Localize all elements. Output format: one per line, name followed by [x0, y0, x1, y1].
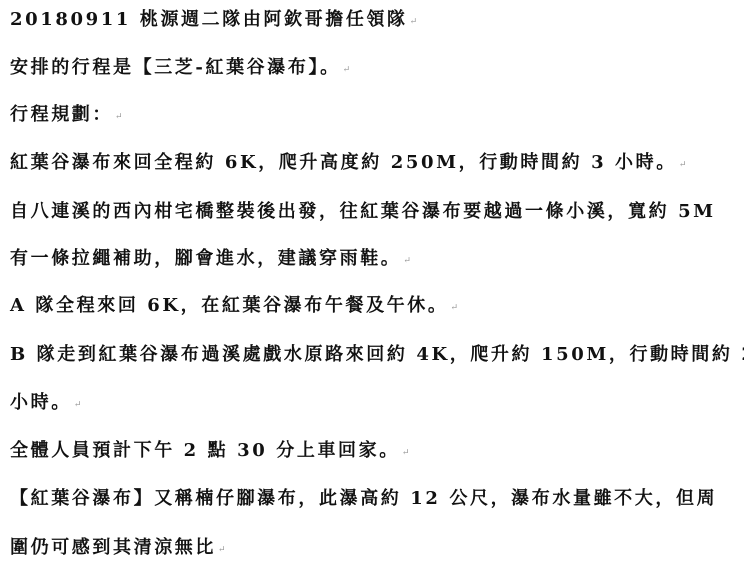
paragraph-line: 20180911 桃源週二隊由阿欽哥擔任領隊↵	[10, 8, 417, 34]
paragraph-line: 有一條拉繩補助，腳會進水，建議穿雨鞋。↵	[10, 247, 411, 273]
paragraph-line: 圍仍可感到其清涼無比↵	[10, 536, 226, 562]
paragraph-line: 安排的行程是【三芝-紅葉谷瀑布】。↵	[10, 56, 350, 82]
paragraph-mark-icon: ↵	[115, 112, 123, 122]
paragraph-mark-icon: ↵	[410, 17, 418, 27]
paragraph-line: 行程規劃：↵	[10, 103, 123, 129]
line-text: 自八連溪的西內柑宅橋整裝後出發，往紅葉谷瀑布要越過一條小溪，寬約 5M	[10, 201, 716, 222]
paragraph-line: A 隊全程來回 6K，在紅葉谷瀑布午餐及午休。↵	[10, 294, 458, 320]
paragraph-mark-icon: ↵	[74, 400, 82, 410]
paragraph-line: 自八連溪的西內柑宅橋整裝後出發，往紅葉谷瀑布要越過一條小溪，寬約 5M	[10, 200, 716, 224]
paragraph-mark-icon: ↵	[402, 448, 410, 458]
line-text: 有一條拉繩補助，腳會進水，建議穿雨鞋。	[10, 248, 401, 269]
line-text: 圍仍可感到其清涼無比	[10, 537, 216, 558]
line-text: 行程規劃：	[10, 104, 113, 125]
paragraph-mark-icon: ↵	[403, 256, 411, 266]
line-text: B 隊走到紅葉谷瀑布過溪處戲水原路來回約 4K，爬升約 150M，行動時間約 2	[10, 344, 744, 365]
paragraph-line: 紅葉谷瀑布來回全程約 6K，爬升高度約 250M，行動時間約 3 小時。↵	[10, 151, 686, 177]
paragraph-line: 小時。↵	[10, 391, 81, 417]
paragraph-mark-icon: ↵	[679, 160, 687, 170]
line-text: 20180911 桃源週二隊由阿欽哥擔任領隊	[10, 9, 408, 30]
paragraph-line: 全體人員預計下午 2 點 30 分上車回家。↵	[10, 439, 409, 465]
line-text: 紅葉谷瀑布來回全程約 6K，爬升高度約 250M，行動時間約 3 小時。	[10, 152, 677, 173]
line-text: 全體人員預計下午 2 點 30 分上車回家。	[10, 440, 400, 461]
line-text: 小時。	[10, 392, 72, 413]
paragraph-mark-icon: ↵	[450, 303, 458, 313]
line-text: A 隊全程來回 6K，在紅葉谷瀑布午餐及午休。	[10, 295, 448, 316]
paragraph-mark-icon: ↵	[218, 545, 226, 555]
paragraph-line: 【紅葉谷瀑布】又稱楠仔腳瀑布，此瀑高約 12 公尺，瀑布水量雖不大，但周	[10, 487, 717, 511]
paragraph-mark-icon: ↵	[343, 65, 351, 75]
line-text: 安排的行程是【三芝-紅葉谷瀑布】。	[10, 57, 341, 78]
line-text: 【紅葉谷瀑布】又稱楠仔腳瀑布，此瀑高約 12 公尺，瀑布水量雖不大，但周	[10, 488, 717, 509]
paragraph-line: B 隊走到紅葉谷瀑布過溪處戲水原路來回約 4K，爬升約 150M，行動時間約 2	[10, 343, 744, 367]
